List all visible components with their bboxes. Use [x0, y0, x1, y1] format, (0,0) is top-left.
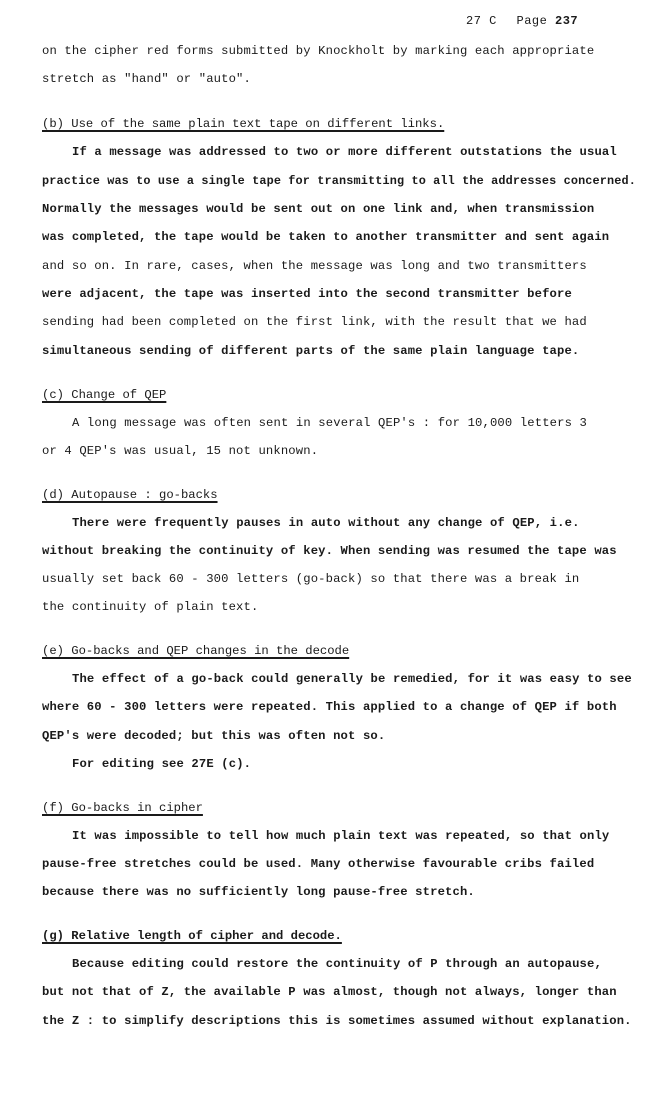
- page-header: 27 C Page 237: [466, 14, 578, 28]
- page-label: Page: [517, 14, 548, 28]
- text-line: on the cipher red forms submitted by Kno…: [42, 44, 594, 58]
- text-line: the continuity of plain text.: [42, 600, 258, 614]
- text-line: and so on. In rare, cases, when the mess…: [42, 259, 587, 273]
- text-line: sending had been completed on the first …: [42, 315, 587, 329]
- section-heading-d: (d) Autopause : go-backs: [42, 488, 218, 502]
- section-heading-f: (f) Go-backs in cipher: [42, 801, 203, 815]
- text-line: without breaking the continuity of key. …: [42, 544, 617, 558]
- text-line: There were frequently pauses in auto wit…: [72, 516, 580, 530]
- text-line: the Z : to simplify descriptions this is…: [42, 1014, 632, 1028]
- text-line: If a message was addressed to two or mor…: [72, 145, 617, 159]
- text-line: QEP's were decoded; but this was often n…: [42, 729, 385, 743]
- text-line: but not that of Z, the available P was a…: [42, 985, 617, 999]
- text-line: A long message was often sent in several…: [72, 416, 587, 430]
- section-heading-b: (b) Use of the same plain text tape on d…: [42, 117, 444, 131]
- section-heading-e: (e) Go-backs and QEP changes in the deco…: [42, 644, 349, 658]
- text-line: where 60 - 300 letters were repeated. Th…: [42, 700, 617, 714]
- text-line: The effect of a go-back could generally …: [72, 672, 632, 686]
- text-line: stretch as "hand" or "auto".: [42, 72, 251, 86]
- text-line: For editing see 27E (c).: [72, 757, 251, 771]
- section-number: 27 C: [466, 14, 497, 28]
- text-line: Because editing could restore the contin…: [72, 957, 602, 971]
- text-line: Normally the messages would be sent out …: [42, 202, 594, 216]
- text-line: because there was no sufficiently long p…: [42, 885, 475, 899]
- text-line: were adjacent, the tape was inserted int…: [42, 287, 572, 301]
- text-line: pause-free stretches could be used. Many…: [42, 857, 594, 871]
- text-line: It was impossible to tell how much plain…: [72, 829, 609, 843]
- text-line: usually set back 60 - 300 letters (go-ba…: [42, 572, 579, 586]
- text-line: or 4 QEP's was usual, 15 not unknown.: [42, 444, 318, 458]
- text-line: simultaneous sending of different parts …: [42, 344, 579, 358]
- section-heading-c: (c) Change of QEP: [42, 388, 166, 402]
- section-heading-g: (g) Relative length of cipher and decode…: [42, 929, 342, 943]
- page-number: 237: [555, 14, 578, 28]
- text-line: was completed, the tape would be taken t…: [42, 230, 609, 244]
- text-line: practice was to use a single tape for tr…: [42, 174, 636, 188]
